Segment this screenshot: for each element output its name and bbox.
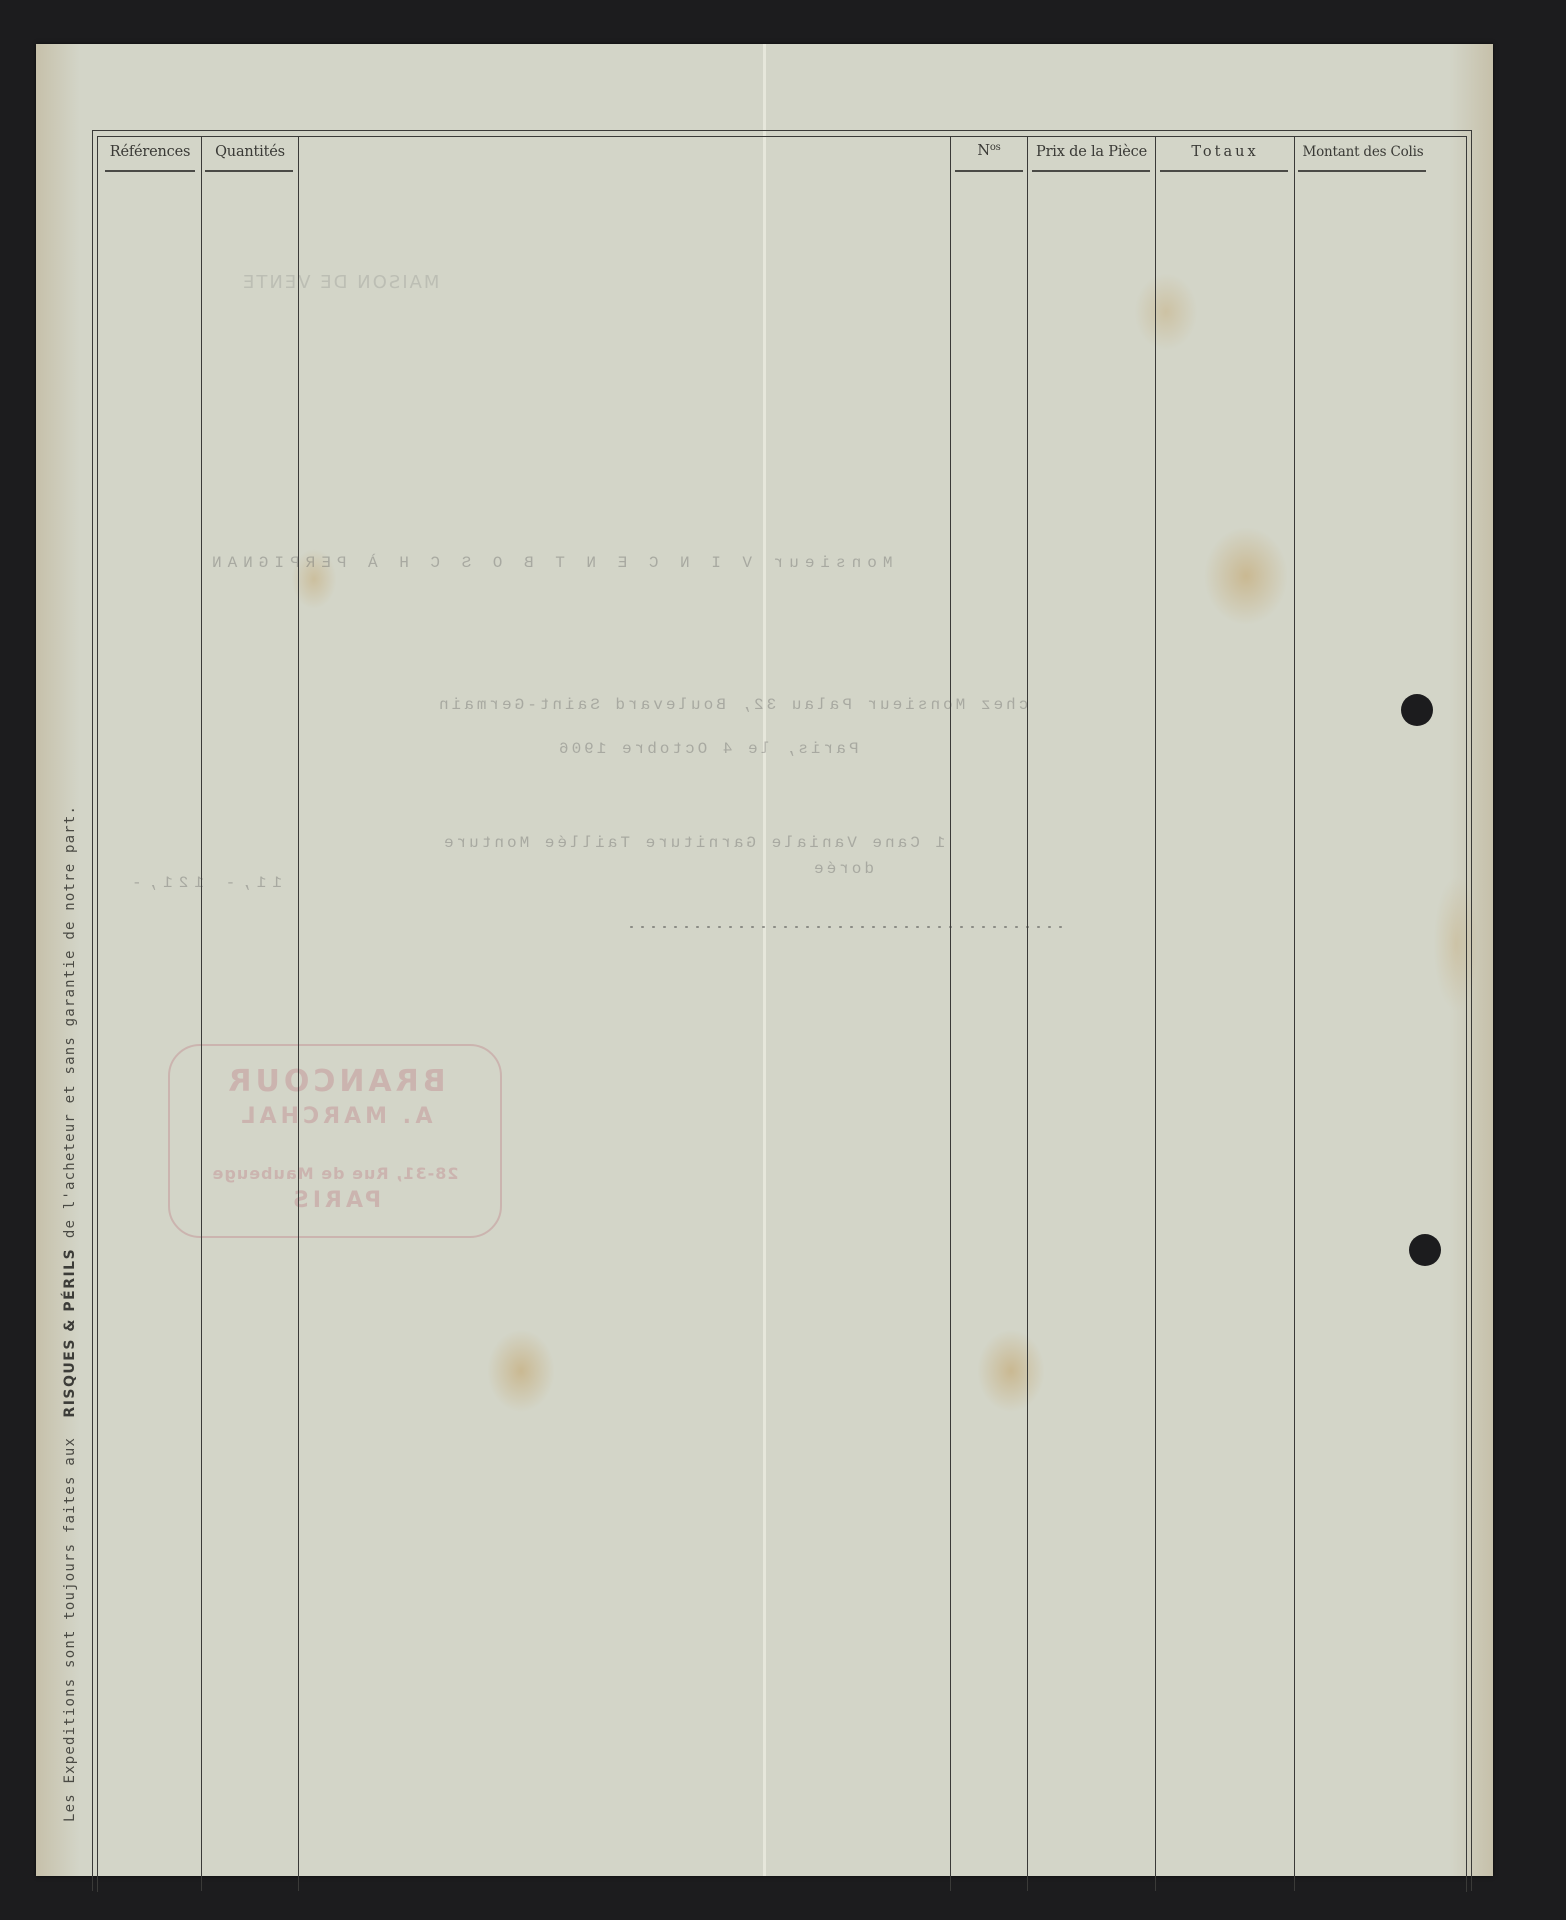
header-rule: [955, 170, 1023, 172]
header-rule: [1298, 170, 1426, 172]
side-note-part3: de l'acheteur et sans garantie de notre …: [62, 805, 78, 1238]
side-note-emphasis: RISQUES & PÉRILS: [62, 1248, 78, 1418]
header-numeros-main: N: [977, 143, 990, 159]
table-inner-border: [97, 136, 1467, 1892]
header-numeros-sup: os: [990, 142, 1001, 153]
header-rule: [1160, 170, 1288, 172]
header-rule: [105, 170, 195, 172]
side-disclaimer: Les Expeditions sont toujours faites aux…: [62, 805, 78, 1822]
column-divider: [1294, 136, 1295, 1891]
header-rule: [205, 170, 293, 172]
column-divider: [1027, 136, 1028, 1891]
column-divider: [201, 136, 202, 1891]
column-divider: [1155, 136, 1156, 1891]
header-rule: [1032, 170, 1150, 172]
column-divider: [950, 136, 951, 1891]
side-note-part1: Les Expeditions sont toujours faites aux: [62, 1437, 78, 1822]
column-divider: [298, 136, 299, 1891]
